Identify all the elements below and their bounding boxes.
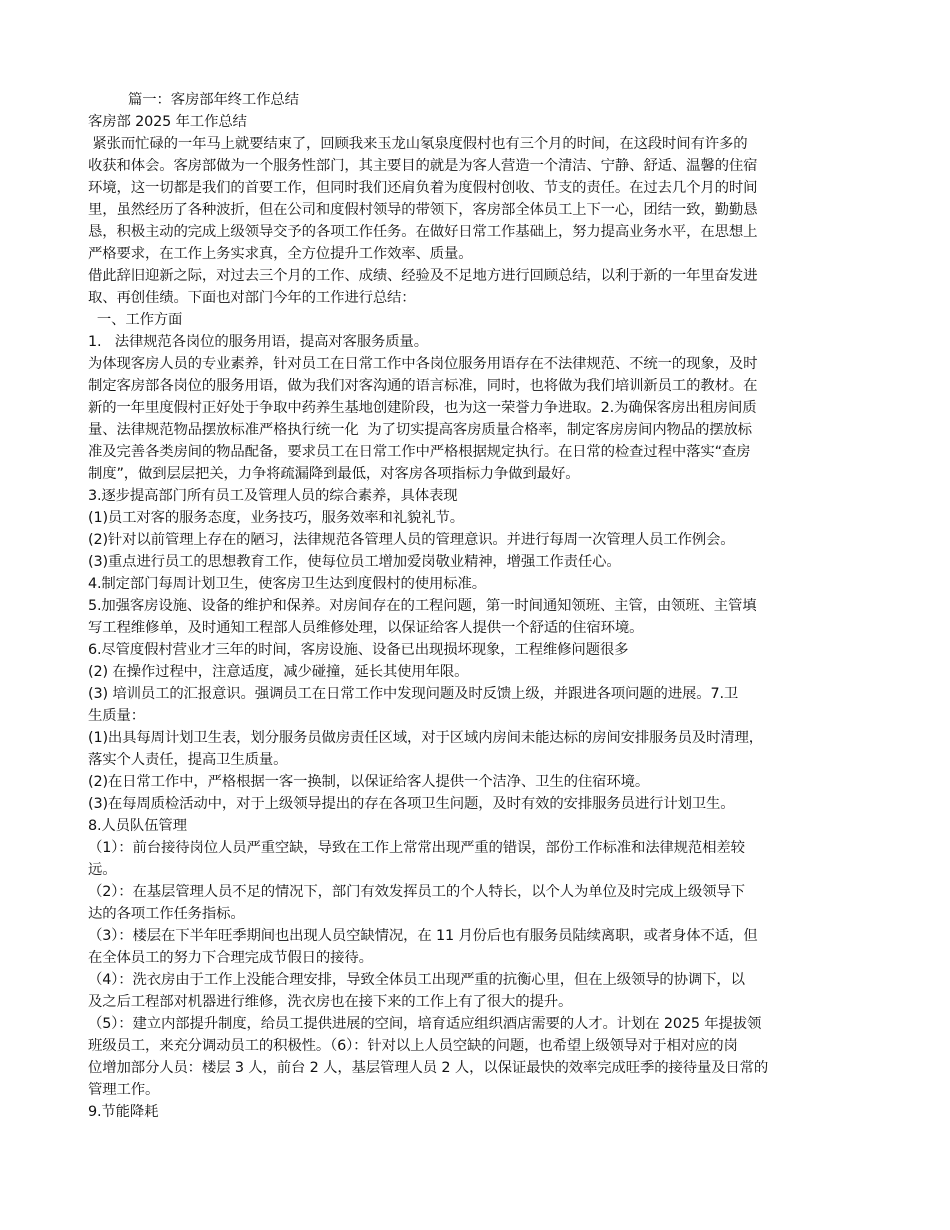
paragraph-line: 8.人员队伍管理 bbox=[88, 815, 878, 837]
paragraph-line: 1. 法律规范各岗位的服务用语，提高对客服务质量。 bbox=[88, 331, 878, 353]
paragraph-line: (3)在每周质检活动中，对于上级领导提出的存在各项卫生问题，及时有效的安排服务员… bbox=[88, 793, 878, 815]
paragraph-line: 借此辞旧迎新之际，对过去三个月的工作、成绩、经验及不足地方进行回顾总结，以利于新… bbox=[88, 265, 878, 287]
paragraph-line: 生质量： bbox=[88, 705, 878, 727]
paragraph-line: 准及完善各类房间的物品配备，要求员工在日常工作中严格根据规定执行。在日常的检查过… bbox=[88, 441, 878, 463]
document-page: 篇一：客房部年终工作总结 客房部 2025 年工作总结 紧张而忙碌的一年马上就要… bbox=[88, 89, 878, 1123]
paragraph-line: 6.尽管度假村营业才三年的时间，客房设施、设备已出现损坏现象，工程维修问题很多 bbox=[88, 639, 878, 661]
paragraph-line: （4）：洗衣房由于工作上没能合理安排，导致全体员工出现严重的抗衡心里，但在上级领… bbox=[88, 969, 878, 991]
paragraph-line: 量、法律规范物品摆放标准严格执行统一化 为了切实提高客房质量合格率，制定客房房间… bbox=[88, 419, 878, 441]
paragraph-line: 里，虽然经历了各种波折，但在公司和度假村领导的带领下，客房部全体员工上下一心，团… bbox=[88, 199, 878, 221]
document-subtitle: 客房部 2025 年工作总结 bbox=[88, 111, 878, 133]
paragraph-line: 取、再创佳绩。下面也对部门今年的工作进行总结： bbox=[88, 287, 878, 309]
paragraph-line: 及之后工程部对机器进行维修，洗衣房也在接下来的工作上有了很大的提升。 bbox=[88, 991, 878, 1013]
paragraph-line: 制定客房部各岗位的服务用语，做为我们对客沟通的语言标准，同时，也将做为我们培训新… bbox=[88, 375, 878, 397]
paragraph-line: (3) 培训员工的汇报意识。强调员工在日常工作中发现问题及时反馈上级，并跟进各项… bbox=[88, 683, 878, 705]
paragraph-line: 班级员工，来充分调动员工的积极性。（6）：针对以上人员空缺的问题，也希望上级领导… bbox=[88, 1035, 878, 1057]
paragraph-line: 3.逐步提高部门所有员工及管理人员的综合素养，具体表现 bbox=[88, 485, 878, 507]
paragraph-line: 制度”，做到层层把关，力争将疏漏降到最低，对客房各项指标力争做到最好。 bbox=[88, 463, 878, 485]
paragraph-line: 收获和体会。客房部做为一个服务性部门，其主要目的就是为客人营造一个清洁、宁静、舒… bbox=[88, 155, 878, 177]
paragraph-line: 严格要求，在工作上务实求真，全方位提升工作效率、质量。 bbox=[88, 243, 878, 265]
document-heading: 篇一：客房部年终工作总结 bbox=[88, 89, 878, 111]
paragraph-line: (1)员工对客的服务态度，业务技巧，服务效率和礼貌礼节。 bbox=[88, 507, 878, 529]
paragraph-line: 在全体员工的努力下合理完成节假日的接待。 bbox=[88, 947, 878, 969]
paragraph-line: (2)在日常工作中，严格根据一客一换制，以保证给客人提供一个洁净、卫生的住宿环境… bbox=[88, 771, 878, 793]
paragraph-line: (1)出具每周计划卫生表，划分服务员做房责任区域，对于区域内房间未能达标的房间安… bbox=[88, 727, 878, 749]
paragraph-line: 一、工作方面 bbox=[88, 309, 878, 331]
paragraph-line: 恳，积极主动的完成上级领导交予的各项工作任务。在做好日常工作基础上，努力提高业务… bbox=[88, 221, 878, 243]
paragraph-line: 位增加部分人员：楼层 3 人，前台 2 人，基层管理人员 2 人，以保证最快的效… bbox=[88, 1057, 878, 1079]
paragraph-line: 达的各项工作任务指标。 bbox=[88, 903, 878, 925]
paragraph-line: (3)重点进行员工的思想教育工作，使每位员工增加爱岗敬业精神，增强工作责任心。 bbox=[88, 551, 878, 573]
paragraph-line: （5）：建立内部提升制度，给员工提供进展的空间，培育适应组织酒店需要的人才。计划… bbox=[88, 1013, 878, 1035]
paragraph-line: 落实个人责任，提高卫生质量。 bbox=[88, 749, 878, 771]
paragraph-line: (2) 在操作过程中，注意适度，减少碰撞，延长其使用年限。 bbox=[88, 661, 878, 683]
paragraph-line: 管理工作。 bbox=[88, 1079, 878, 1101]
paragraph-line: （3）：楼层在下半年旺季期间也出现人员空缺情况，在 11 月份后也有服务员陆续离… bbox=[88, 925, 878, 947]
paragraph-line: （1）：前台接待岗位人员严重空缺，导致在工作上常常出现严重的错误，部份工作标准和… bbox=[88, 837, 878, 859]
paragraph-line: 环境，这一切都是我们的首要工作，但同时我们还肩负着为度假村创收、节支的责任。在过… bbox=[88, 177, 878, 199]
paragraph-line: 9.节能降耗 bbox=[88, 1101, 878, 1123]
paragraph-line: 远。 bbox=[88, 859, 878, 881]
paragraph-line: 紧张而忙碌的一年马上就要结束了，回顾我来玉龙山氡泉度假村也有三个月的时间，在这段… bbox=[88, 133, 878, 155]
paragraph-line: （2）：在基层管理人员不足的情况下，部门有效发挥员工的个人特长，以个人为单位及时… bbox=[88, 881, 878, 903]
paragraph-line: (2)针对以前管理上存在的陋习，法律规范各管理人员的管理意识。并进行每周一次管理… bbox=[88, 529, 878, 551]
paragraph-line: 5.加强客房设施、设备的维护和保养。对房间存在的工程问题，第一时间通知领班、主管… bbox=[88, 595, 878, 617]
paragraph-line: 4.制定部门每周计划卫生，使客房卫生达到度假村的使用标准。 bbox=[88, 573, 878, 595]
paragraph-line: 新的一年里度假村正好处于争取中药养生基地创建阶段，也为这一荣誉力争进取。2.为确… bbox=[88, 397, 878, 419]
paragraph-line: 写工程维修单，及时通知工程部人员维修处理，以保证给客人提供一个舒适的住宿环境。 bbox=[88, 617, 878, 639]
paragraph-line: 为体现客房人员的专业素养，针对员工在日常工作中各岗位服务用语存在不法律规范、不统… bbox=[88, 353, 878, 375]
document-body: 紧张而忙碌的一年马上就要结束了，回顾我来玉龙山氡泉度假村也有三个月的时间，在这段… bbox=[88, 133, 878, 1123]
